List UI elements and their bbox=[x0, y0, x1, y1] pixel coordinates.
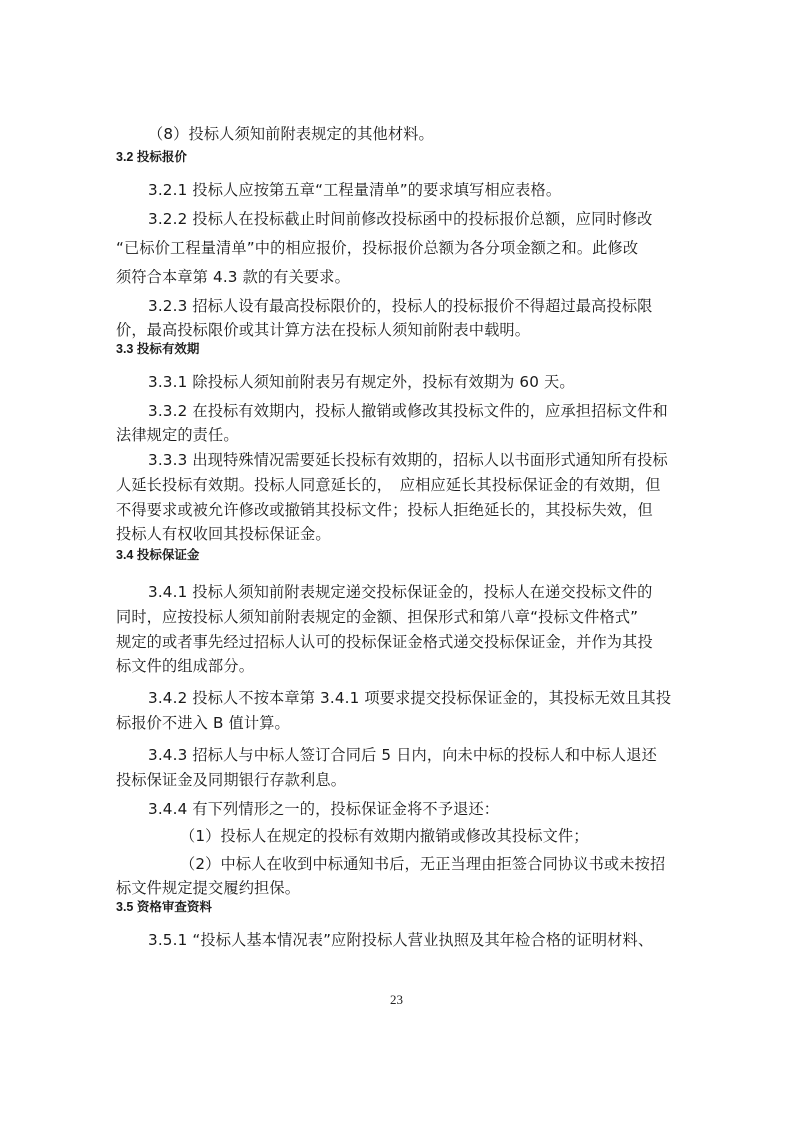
paragraph-3-3-1: 3.3.1 除投标人须知前附表另有规定外，投标有效期为 60 天。 bbox=[148, 372, 575, 392]
paragraph-3-2-2-line-3: 须符合本章第 4.3 款的有关要求。 bbox=[116, 267, 350, 287]
paragraph-3-5-1: 3.5.1 “投标人基本情况表”应附投标人营业执照及其年检合格的证明材料、 bbox=[148, 930, 653, 950]
section-heading-3-4: 3.4 投标保证金 bbox=[116, 547, 199, 563]
list-item-3-4-4-1: （1）投标人在规定的投标有效期内撤销或修改其投标文件； bbox=[180, 826, 589, 846]
document-page: （8）投标人须知前附表规定的其他材料。 3.2 投标报价 3.2.1 投标人应按… bbox=[0, 0, 793, 1122]
paragraph-3-4-1-line-2: 同时，应按投标人须知前附表规定的金额、担保形式和第八章“投标文件格式” bbox=[116, 607, 638, 627]
paragraph-3-4-2-line-2: 标报价不进入 B 值计算。 bbox=[116, 713, 290, 733]
paragraph-3-2-3-line-2: 价，最高投标限价或其计算方法在投标人须知前附表中载明。 bbox=[116, 320, 530, 340]
section-heading-3-3: 3.3 投标有效期 bbox=[116, 341, 199, 357]
section-heading-3-5: 3.5 资格审查资料 bbox=[116, 899, 212, 915]
paragraph-3-2-2-line-2: “已标价工程量清单”中的相应报价，投标报价总额为各分项金额之和。此修改 bbox=[116, 238, 638, 258]
paragraph-3-4-4: 3.4.4 有下列情形之一的，投标保证金将不予退还： bbox=[148, 799, 499, 819]
paragraph-3-2-3-line-1: 3.2.3 招标人设有最高投标限价的，投标人的投标报价不得超过最高投标限 bbox=[148, 296, 653, 316]
paragraph-3-3-2-line-2: 法律规定的责任。 bbox=[116, 425, 239, 445]
paragraph-3-3-3-line-1: 3.3.3 出现特殊情况需要延长投标有效期的，招标人以书面形式通知所有投标 bbox=[148, 450, 668, 470]
paragraph-3-4-1-line-1: 3.4.1 投标人须知前附表规定递交投标保证金的，投标人在递交投标文件的 bbox=[148, 582, 653, 602]
page-number: 23 bbox=[0, 992, 793, 1008]
paragraph-3-3-3-line-3: 不得要求或被允许修改或撤销其投标文件；投标人拒绝延长的，其投标失效，但 bbox=[116, 500, 653, 520]
list-item-3-4-4-2-line-1: （2）中标人在收到中标通知书后，无正当理由拒签合同协议书或未按招 bbox=[180, 854, 665, 874]
paragraph-3-4-3-line-1: 3.4.3 招标人与中标人签订合同后 5 日内，向未中标的投标人和中标人退还 bbox=[148, 745, 657, 765]
list-item-3-4-4-2-line-2: 标文件规定提交履约担保。 bbox=[116, 878, 300, 898]
paragraph-3-4-1-line-4: 标文件的组成部分。 bbox=[116, 656, 254, 676]
paragraph-3-3-3-line-4: 投标人有权收回其投标保证金。 bbox=[116, 524, 331, 544]
paragraph-3-4-2-line-1: 3.4.2 投标人不按本章第 3.4.1 项要求提交投标保证金的，其投标无效且其… bbox=[148, 688, 671, 708]
paragraph-3-2-1: 3.2.1 投标人应按第五章“工程量清单”的要求填写相应表格。 bbox=[148, 180, 561, 200]
paragraph-3-2-2-line-1: 3.2.2 投标人在投标截止时间前修改投标函中的投标报价总额，应同时修改 bbox=[148, 209, 653, 229]
paragraph-3-3-3-line-2: 人延长投标有效期。投标人同意延长的， 应相应延长其投标保证金的有效期，但 bbox=[116, 475, 661, 495]
section-heading-3-2: 3.2 投标报价 bbox=[116, 149, 187, 165]
list-item-8-other-materials: （8）投标人须知前附表规定的其他材料。 bbox=[148, 124, 434, 144]
paragraph-3-4-3-line-2: 投标保证金及同期银行存款利息。 bbox=[116, 770, 346, 790]
paragraph-3-3-2-line-1: 3.3.2 在投标有效期内，投标人撤销或修改其投标文件的，应承担招标文件和 bbox=[148, 401, 668, 421]
paragraph-3-4-1-line-3: 规定的或者事先经过招标人认可的投标保证金格式递交投标保证金，并作为其投 bbox=[116, 632, 653, 652]
